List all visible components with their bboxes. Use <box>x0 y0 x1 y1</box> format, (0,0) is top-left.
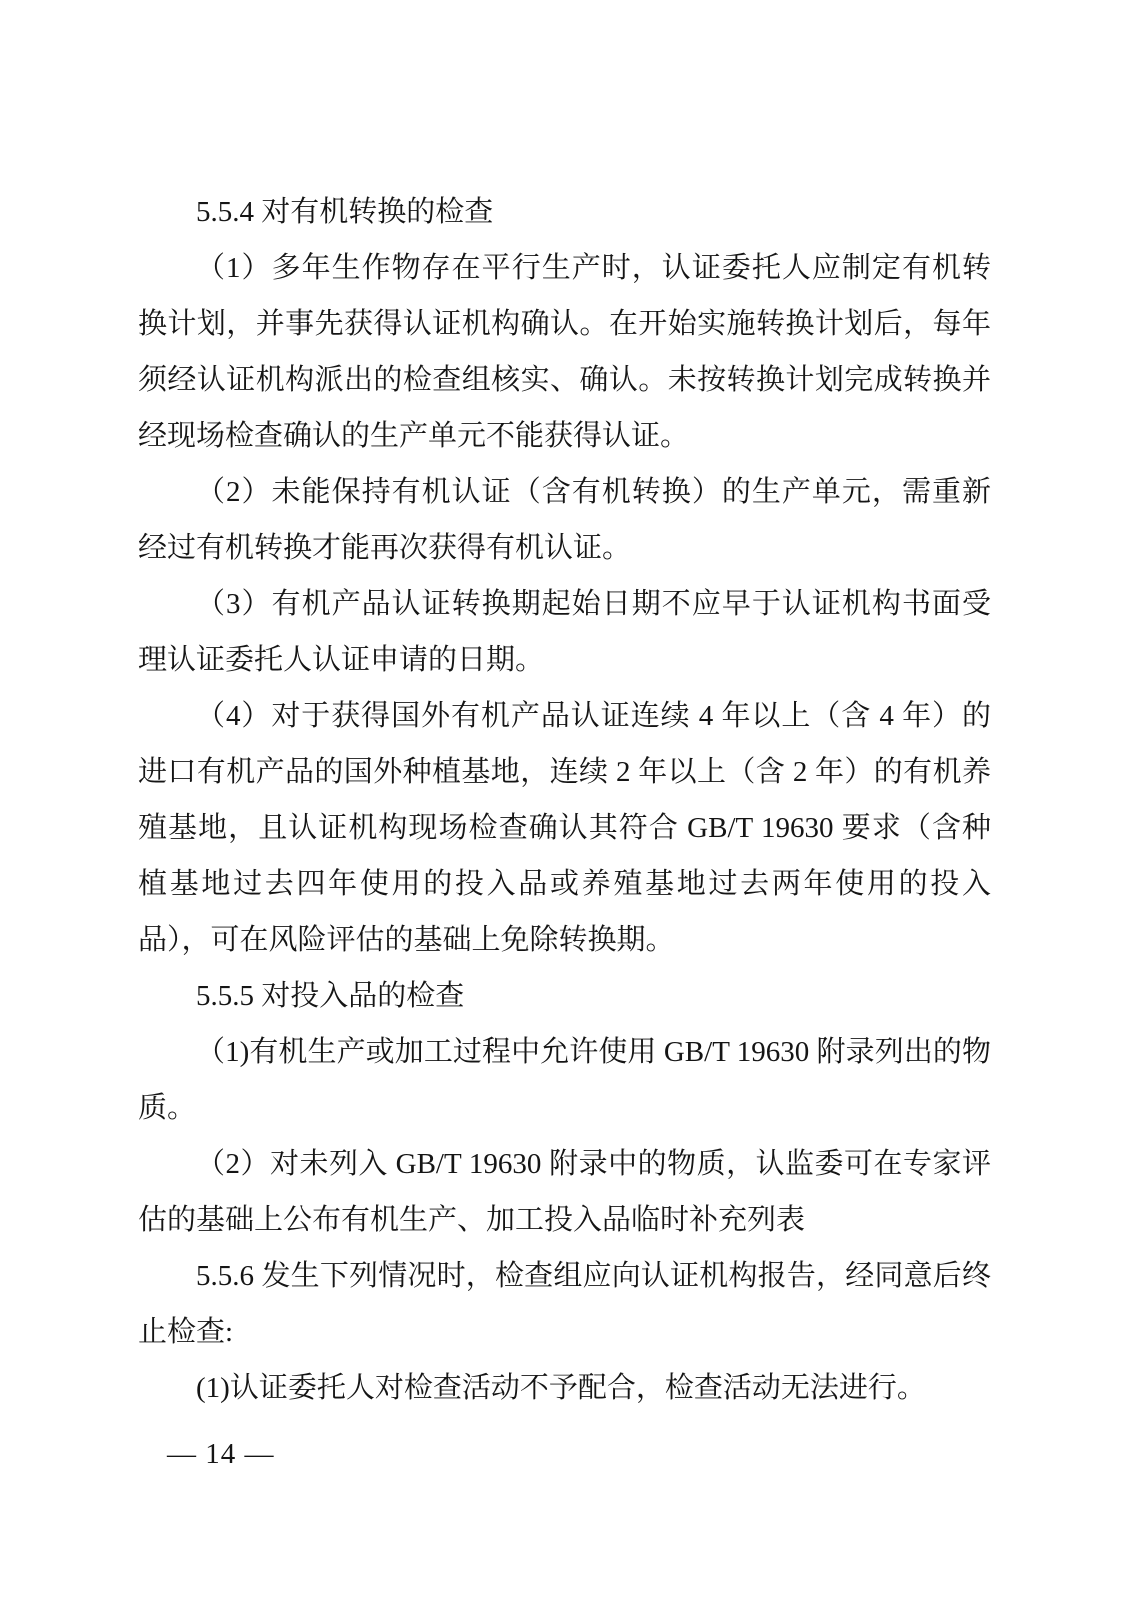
document-page: 5.5.4 对有机转换的检查 （1）多年生作物存在平行生产时，认证委托人应制定有… <box>0 0 1131 1600</box>
document-body: 5.5.4 对有机转换的检查 （1）多年生作物存在平行生产时，认证委托人应制定有… <box>138 184 991 1416</box>
page-number: — 14 — <box>167 1434 275 1474</box>
section-heading-555: 5.5.5 对投入品的检查 <box>138 968 991 1024</box>
paragraph-554-item-2: （2）未能保持有机认证（含有机转换）的生产单元，需重新经过有机转换才能再次获得有… <box>138 464 991 576</box>
section-heading-554: 5.5.4 对有机转换的检查 <box>138 184 991 240</box>
paragraph-555-item-1: （1)有机生产或加工过程中允许使用 GB/T 19630 附录列出的物质。 <box>138 1024 991 1136</box>
paragraph-555-item-2: （2）对未列入 GB/T 19630 附录中的物质，认监委可在专家评估的基础上公… <box>138 1136 991 1248</box>
paragraph-554-item-1: （1）多年生作物存在平行生产时，认证委托人应制定有机转换计划，并事先获得认证机构… <box>138 240 991 464</box>
paragraph-554-item-3: （3）有机产品认证转换期起始日期不应早于认证机构书面受理认证委托人认证申请的日期… <box>138 576 991 688</box>
paragraph-554-item-4: （4）对于获得国外有机产品认证连续 4 年以上（含 4 年）的进口有机产品的国外… <box>138 688 991 968</box>
section-heading-556: 5.5.6 发生下列情况时，检查组应向认证机构报告，经同意后终止检查: <box>138 1248 991 1360</box>
paragraph-556-item-1: (1)认证委托人对检查活动不予配合，检查活动无法进行。 <box>138 1360 991 1416</box>
